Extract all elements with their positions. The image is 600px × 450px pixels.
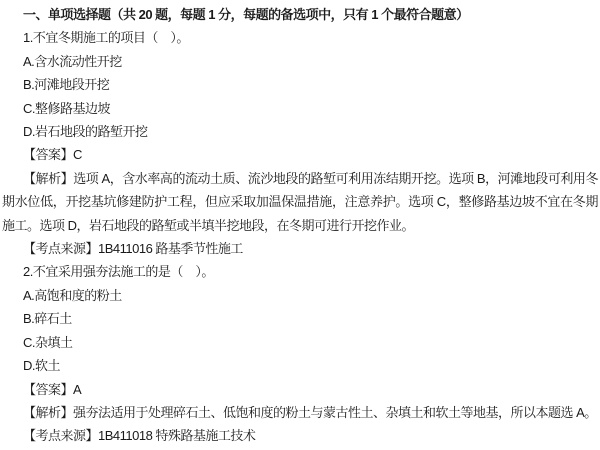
section-header: 一、单项选择题（共 20 题，每题 1 分，每题的备选项中，只有 1 个最符合题… xyxy=(2,3,598,26)
question-2-option-b: B.碎石土 xyxy=(2,307,598,330)
question-block-1: 1.不宜冬期施工的项目（ ）。 A.含水流动性开挖 B.河滩地段开挖 C.整修路… xyxy=(2,26,598,260)
question-1-stem: 1.不宜冬期施工的项目（ ）。 xyxy=(2,26,598,49)
question-2-option-c: C.杂填土 xyxy=(2,331,598,354)
question-1-option-d: D.岩石地段的路堑开挖 xyxy=(2,120,598,143)
question-1-option-a: A.含水流动性开挖 xyxy=(2,50,598,73)
question-2-answer: 【答案】A xyxy=(2,378,598,401)
question-1-source: 【考点来源】1B411016 路基季节性施工 xyxy=(2,237,598,260)
question-2-option-a: A.高饱和度的粉土 xyxy=(2,284,598,307)
question-2-analysis: 【解析】强夯法适用于处理碎石土、低饱和度的粉土与蒙古性土、杂填土和软土等地基，所… xyxy=(2,401,598,424)
question-1-option-b: B.河滩地段开挖 xyxy=(2,73,598,96)
question-2-option-d: D.软土 xyxy=(2,354,598,377)
question-1-analysis: 【解析】选项 A，含水率高的流动土质、流沙地段的路堑可利用冻结期开挖。选项 B，… xyxy=(2,167,598,237)
question-1-answer: 【答案】C xyxy=(2,143,598,166)
question-block-2: 2.不宜采用强夯法施工的是（ ）。 A.高饱和度的粉土 B.碎石土 C.杂填土 … xyxy=(2,260,598,447)
question-2-stem: 2.不宜采用强夯法施工的是（ ）。 xyxy=(2,260,598,283)
question-2-source: 【考点来源】1B411018 特殊路基施工技术 xyxy=(2,424,598,447)
exam-document: 一、单项选择题（共 20 题，每题 1 分，每题的备选项中，只有 1 个最符合题… xyxy=(0,0,600,450)
question-1-option-c: C.整修路基边坡 xyxy=(2,97,598,120)
